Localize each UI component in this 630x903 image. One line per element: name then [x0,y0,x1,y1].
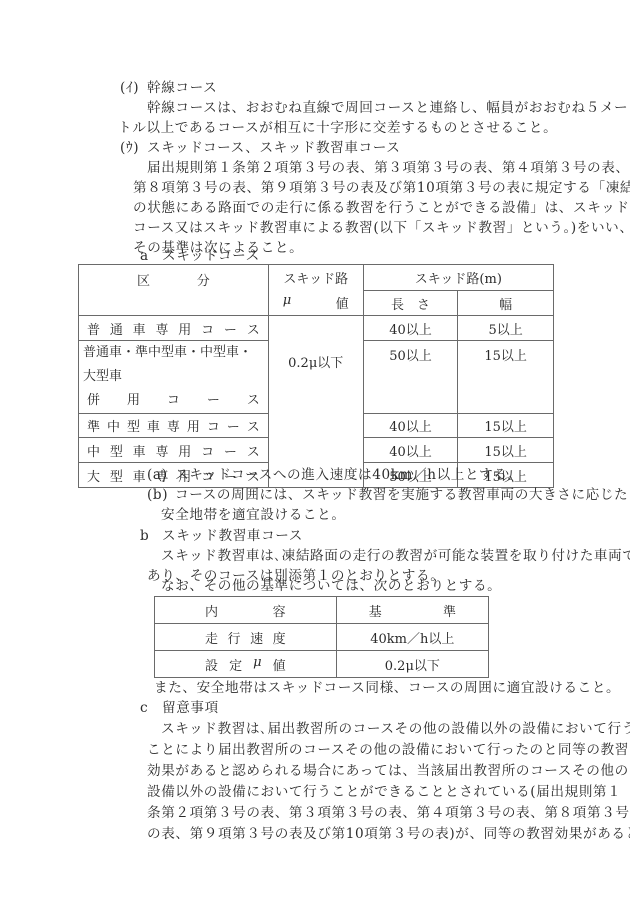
section-u-heading: スキッドコース、スキッド教習車コース [147,138,400,158]
header-length: 長 さ [363,291,458,316]
section-i-marker: (ｲ) [120,78,139,98]
row-width: 15以上 [458,341,554,414]
sub-b-marker: b [140,526,149,546]
header-size-group: スキッド路(m) [363,265,553,291]
header-mu-bottom: μ 値 [268,291,363,316]
section-u-body-line: 第８項第３号の表、第９項第３号の表及び第10項第３号の表に規定する「凍結 [133,178,630,198]
after-table-text: また、安全地帯はスキッドコース同様、コースの周囲に適宜設けること。 [154,678,620,698]
sub-c-body-line: ことにより届出教習所のコースその他の設備において行ったのと同等の教習 [147,740,629,760]
row-value: 40km／h以上 [336,624,488,651]
section-u-marker: (ｳ) [120,138,139,158]
table-row: 走行速度 40km／h以上 [155,624,489,651]
row-width: 15以上 [458,414,554,438]
row-length: 50以上 [363,341,458,414]
sub-c-body-line: の表、第９項第３号の表及び第10項第３号の表)が、同等の教習効果があると [147,824,630,844]
mu-value: 0.2μ以下 [268,316,363,488]
note-b-marker: (b) [147,485,168,505]
row-length: 40以上 [363,414,458,438]
sub-c-body-line: 効果があると認められる場合にあっては、当該届出教習所のコースその他の [147,761,629,781]
row-width: 5以上 [458,316,554,341]
row-length: 40以上 [363,316,458,341]
note-b-text: コースの周囲には、スキッド教習を実施する教習車両の大きさに応じた [175,485,628,505]
row-category: 準中型車専用コース [79,414,269,438]
sub-b-body-line: スキッド教習車は､凍結路面の走行の教習が可能な装置を取り付けた車両で [161,546,630,566]
sub-a-marker: a [140,246,149,266]
row-length: 40以上 [363,438,458,463]
table-row: 設定μ値 0.2μ以下 [155,651,489,678]
row-category: 普通車・準中型車・中型車・大型車 併用コース [79,341,269,414]
section-u-body-line: 届出規則第１条第２項第３号の表、第３項第３号の表、第４項第３号の表、 [147,158,630,178]
section-i-heading: 幹線コース [147,78,217,98]
sub-c-body-line: スキッド教習は､届出教習所のコースその他の設備以外の設備において行う [161,719,630,739]
row-category: 中型車専用コース [79,438,269,463]
header-standard: 基準 [336,597,488,624]
skid-course-table: 区 分 スキッド路 スキッド路(m) μ 値 長 さ 幅 普通車専用コース 0.… [78,264,554,488]
sub-c-body-line: 条第２項第３号の表、第３項第３号の表、第４項第３号の表、第８項第３号 [147,803,630,823]
note-a-text: スキッドコースへの進入速度は40km／h以上とする。 [175,465,522,485]
sub-b-heading: スキッド教習車コース [162,526,303,546]
header-category: 区 分 [79,265,269,316]
section-i-body-line: 幹線コースは、おおむね直線で周回コースと連絡し、幅員がおおむね５メー [147,98,552,118]
note-a-marker: (a) [147,465,168,485]
section-u-body-line: コース又はスキッド教習車による教習(以下「スキッド教習」という。)をいい、 [133,218,630,238]
header-mu-top: スキッド路 [268,265,363,291]
section-u-body-line: の状態にある路面での走行に係る教習を行うことができる設備」は、スキッド [133,198,630,218]
sub-c-marker: c [140,698,148,718]
section-i-body-line: トル以上であるコースが相互に十字形に交差するものとさせること。 [118,118,557,138]
header-width: 幅 [458,291,554,316]
sub-c-body-line: 設備以外の設備において行うことができることとされている(届出規則第１ [147,782,621,802]
row-value: 0.2μ以下 [336,651,488,678]
sub-b-body-line: なお、その他の基準については、次のとおりとする。 [161,576,501,596]
row-item: 走行速度 [155,624,337,651]
header-content: 内容 [155,597,337,624]
row-item: 設定μ値 [155,651,337,678]
note-b-text: 安全地帯を適宜設けること。 [161,505,346,525]
row-width: 15以上 [458,438,554,463]
table-row: 普通車専用コース 0.2μ以下 40以上 5以上 [79,316,554,341]
sub-a-heading: スキッドコース [162,246,260,266]
sub-c-heading: 留意事項 [162,698,219,718]
row-category: 普通車専用コース [79,316,269,341]
skid-car-standard-table: 内容 基準 走行速度 40km／h以上 設定μ値 0.2μ以下 [154,596,489,678]
